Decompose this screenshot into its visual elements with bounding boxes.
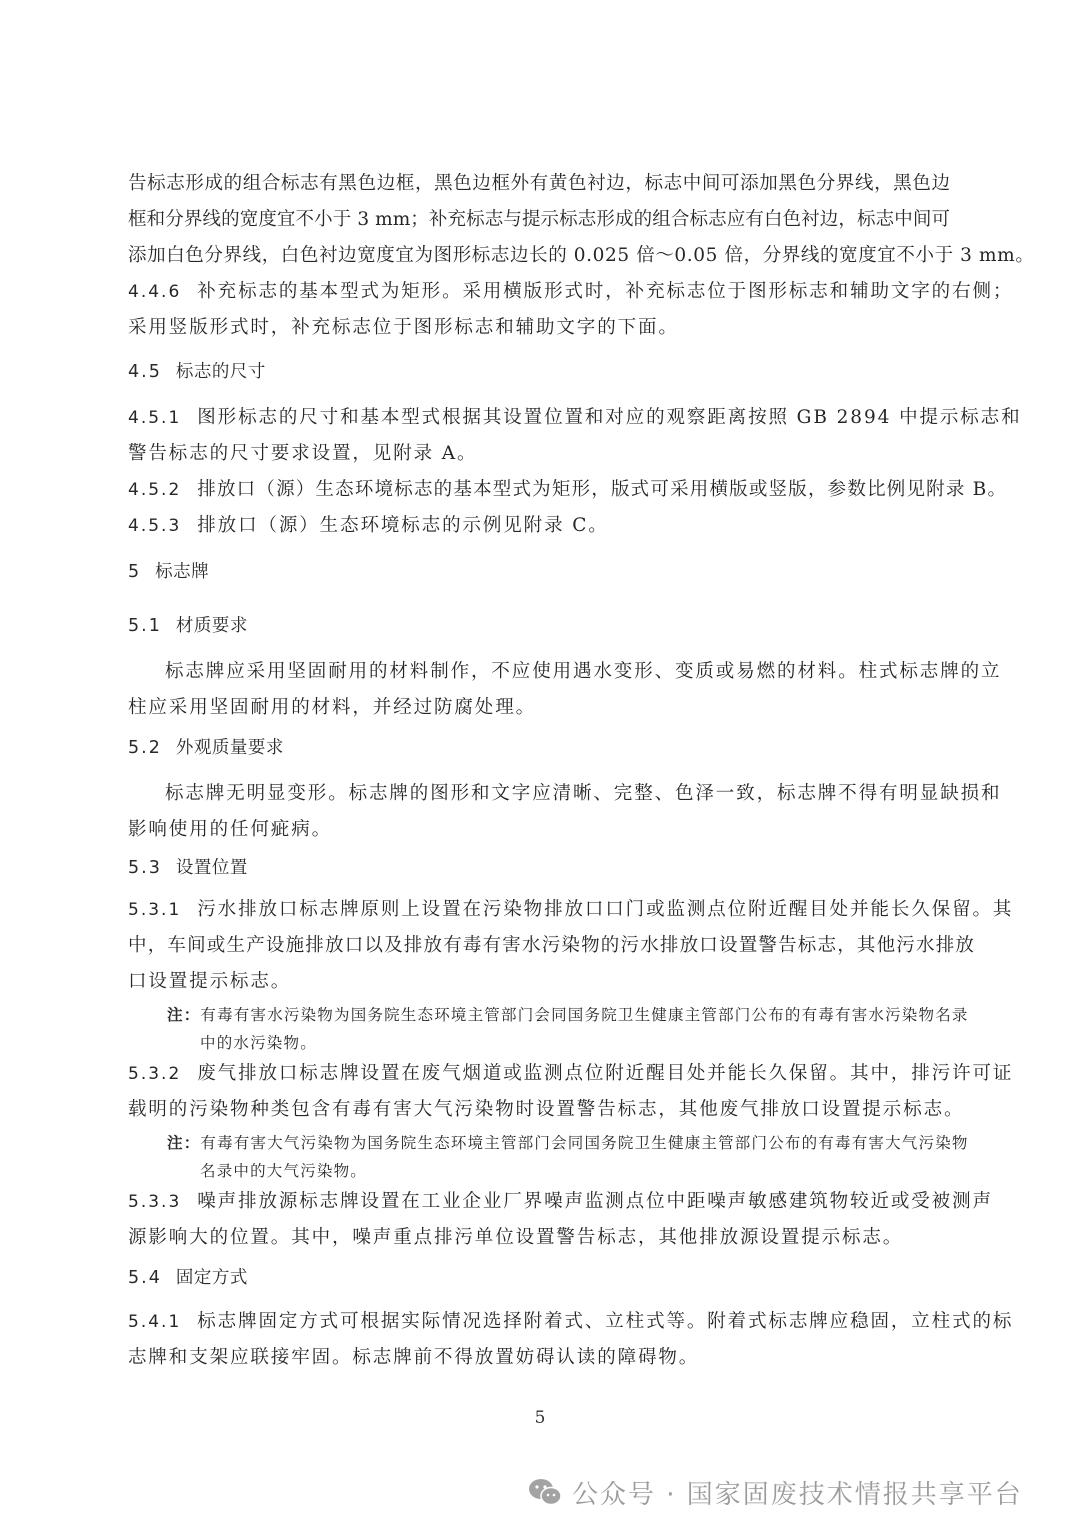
clause-4-5-3: 4.5.3排放口（源）生态环境标志的示例见附录 C。	[128, 514, 609, 538]
paragraph-line: 口设置提示标志。	[128, 970, 291, 994]
note-5-3-2: 注：有毒有害大气污染物为国务院生态环境主管部门会同国务院卫生健康主管部门公布的有…	[167, 1132, 969, 1154]
clause-number: 5.4.1	[128, 1312, 181, 1332]
watermark: 公众号 · 国家固废技术情报共享平台	[528, 1472, 1023, 1512]
paragraph-line: 影响使用的任何疵病。	[128, 818, 332, 842]
clause-number: 4.5.2	[128, 480, 181, 500]
chapter-heading-5: 5标志牌	[128, 560, 209, 584]
clause-text: 补充标志的基本型式为矩形。采用横版形式时，补充标志位于图形标志和辅助文字的右侧；	[197, 281, 1013, 302]
clause-4-5-2: 4.5.2排放口（源）生态环境标志的基本型式为矩形，版式可采用横版或竖版，参数比…	[128, 478, 1007, 502]
page-number: 5	[0, 1408, 1080, 1428]
paragraph-line: 框和分界线的宽度宜不小于 3 mm；补充标志与提示标志形成的组合标志应有白色衬边…	[128, 208, 950, 232]
paragraph-line: 标志牌应采用坚固耐用的材料制作，不应使用遇水变形、变质或易燃的材料。柱式标志牌的…	[165, 660, 1001, 684]
clause-text: 排放口（源）生态环境标志的示例见附录 C。	[197, 515, 608, 536]
wechat-icon	[528, 1477, 562, 1507]
section-title: 设置位置	[176, 858, 248, 878]
section-title: 标志的尺寸	[176, 362, 266, 382]
clause-text: 污水排放口标志牌原则上设置在污染物排放口口门或监测点位附近醒目处并能长久保留。其	[197, 899, 1013, 920]
note-text: 有毒有害大气污染物为国务院生态环境主管部门会同国务院卫生健康主管部门公布的有毒有…	[200, 1134, 968, 1152]
note-label: 注：	[167, 1006, 200, 1024]
section-number: 4.5	[128, 360, 162, 384]
note-continuation: 中的水污染物。	[200, 1032, 317, 1054]
clause-5-4-1: 5.4.1标志牌固定方式可根据实际情况选择附着式、立柱式等。附着式标志牌应稳固，…	[128, 1310, 1013, 1334]
note-5-3-1: 注：有毒有害水污染物为国务院生态环境主管部门会同国务院卫生健康主管部门公布的有毒…	[167, 1004, 969, 1026]
section-heading-5-1: 5.1材质要求	[128, 614, 248, 638]
section-heading-5-4: 5.4固定方式	[128, 1266, 248, 1290]
chapter-number: 5	[128, 560, 141, 584]
paragraph-line: 标志牌无明显变形。标志牌的图形和文字应清晰、完整、色泽一致，标志牌不得有明显缺损…	[165, 782, 1001, 806]
clause-number: 4.5.1	[128, 408, 181, 428]
clause-5-3-2: 5.3.2废气排放口标志牌设置在废气烟道或监测点位附近醒目处并能长久保留。其中，…	[128, 1062, 1013, 1086]
clause-text: 标志牌固定方式可根据实际情况选择附着式、立柱式等。附着式标志牌应稳固，立柱式的标	[197, 1311, 1013, 1332]
clause-text: 排放口（源）生态环境标志的基本型式为矩形，版式可采用横版或竖版，参数比例见附录 …	[197, 479, 1007, 500]
section-number: 5.4	[128, 1266, 162, 1290]
chapter-title: 标志牌	[155, 562, 209, 582]
note-label: 注：	[167, 1134, 200, 1152]
clause-text: 噪声排放源标志牌设置在工业企业厂界噪声监测点位中距噪声敏感建筑物较近或受被测声	[197, 1191, 993, 1212]
clause-number: 5.3.3	[128, 1192, 181, 1212]
paragraph-line: 添加白色分界线，白色衬边宽度宜为图形标志边长的 0.025 倍～0.05 倍，分…	[128, 244, 1034, 268]
clause-number: 5.3.2	[128, 1064, 181, 1084]
section-heading-5-3: 5.3设置位置	[128, 856, 248, 880]
section-number: 5.1	[128, 614, 162, 638]
note-text: 有毒有害水污染物为国务院生态环境主管部门会同国务院卫生健康主管部门公布的有毒有害…	[200, 1006, 968, 1024]
section-heading-5-2: 5.2外观质量要求	[128, 736, 284, 760]
watermark-text: 公众号 · 国家固废技术情报共享平台	[572, 1474, 1023, 1511]
clause-number: 5.3.1	[128, 900, 181, 920]
paragraph-line: 警告标志的尺寸要求设置，见附录 A。	[128, 442, 477, 466]
document-page: 告标志形成的组合标志有黑色边框，黑色边框外有黄色衬边，标志中间可添加黑色分界线，…	[0, 0, 1080, 1527]
clause-4-5-1: 4.5.1图形标志的尺寸和基本型式根据其设置位置和对应的观察距离按照 GB 28…	[128, 406, 1021, 430]
paragraph-line: 中，车间或生产设施排放口以及排放有毒有害水污染物的污水排放口设置警告标志，其他污…	[128, 934, 975, 958]
section-number: 5.3	[128, 856, 162, 880]
paragraph-line: 采用竖版形式时，补充标志位于图形标志和辅助文字的下面。	[128, 316, 679, 340]
section-number: 5.2	[128, 736, 162, 760]
clause-5-3-1: 5.3.1污水排放口标志牌原则上设置在污染物排放口口门或监测点位附近醒目处并能长…	[128, 898, 1013, 922]
note-continuation: 名录中的大气污染物。	[200, 1160, 367, 1182]
section-title: 材质要求	[176, 616, 248, 636]
paragraph-line: 源影响大的位置。其中，噪声重点排污单位设置警告标志，其他排放源设置提示标志。	[128, 1226, 903, 1250]
paragraph-line: 志牌和支架应联接牢固。标志牌前不得放置妨碍认读的障碍物。	[128, 1346, 699, 1370]
paragraph-line: 载明的污染物种类包含有毒有害大气污染物时设置警告标志，其他废气排放口设置提示标志…	[128, 1098, 964, 1122]
clause-text: 废气排放口标志牌设置在废气烟道或监测点位附近醒目处并能长久保留。其中，排污许可证	[197, 1063, 1013, 1084]
clause-number: 4.5.3	[128, 516, 181, 536]
section-title: 外观质量要求	[176, 738, 284, 758]
paragraph-line: 柱应采用坚固耐用的材料，并经过防腐处理。	[128, 696, 536, 720]
paragraph-line: 告标志形成的组合标志有黑色边框，黑色边框外有黄色衬边，标志中间可添加黑色分界线，…	[128, 172, 950, 196]
clause-4-4-6: 4.4.6补充标志的基本型式为矩形。采用横版形式时，补充标志位于图形标志和辅助文…	[128, 280, 1013, 304]
clause-5-3-3: 5.3.3噪声排放源标志牌设置在工业企业厂界噪声监测点位中距噪声敏感建筑物较近或…	[128, 1190, 993, 1214]
clause-text: 图形标志的尺寸和基本型式根据其设置位置和对应的观察距离按照 GB 2894 中提…	[197, 407, 1021, 428]
section-heading-4-5: 4.5标志的尺寸	[128, 360, 266, 384]
clause-number: 4.4.6	[128, 282, 181, 302]
section-title: 固定方式	[176, 1268, 248, 1288]
